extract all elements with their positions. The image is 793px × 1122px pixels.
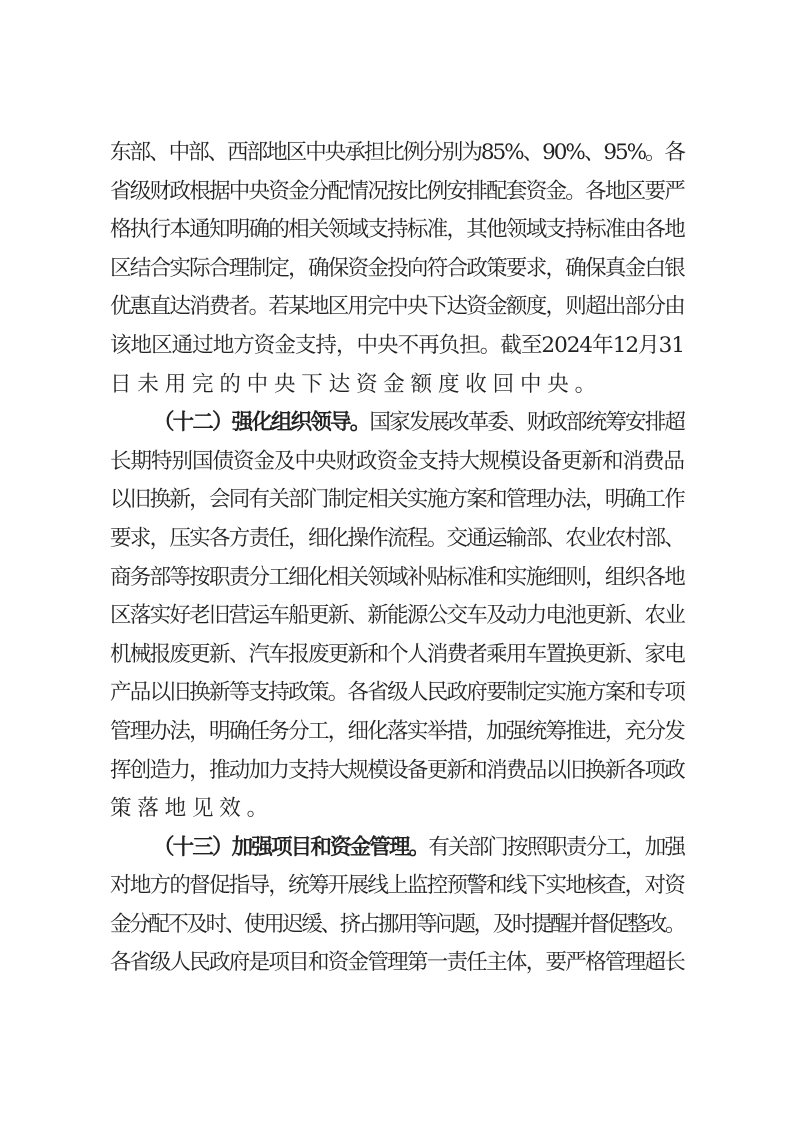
paragraph-section-12: （十二）强化组织领导。国家发展改革委、财政部统筹安排超 长期特别国债资金及中央财… bbox=[110, 404, 684, 829]
text-line: （十二）强化组织领导。国家发展改革委、财政部统筹安排超 bbox=[110, 404, 684, 443]
text-line: 该地区通过地方资金支持，中央不再负担。截至2024年12月31 bbox=[110, 327, 684, 366]
text-line: 优惠直达消费者。若某地区用完中央下达资金额度，则超出部分由 bbox=[110, 288, 684, 327]
paragraph-section-13: （十三）加强项目和资金管理。有关部门按照职责分工，加强 对地方的督促指导，统筹开… bbox=[110, 829, 684, 983]
text-line: 挥创造力，推动加力支持大规模设备更新和消费品以旧换新各项政 bbox=[110, 752, 684, 791]
text-line: 管理办法，明确任务分工，细化落实举措，加强统筹推进，充分发 bbox=[110, 713, 684, 752]
text-line: 商务部等按职责分工细化相关领域补贴标准和实施细则，组织各地 bbox=[110, 559, 684, 598]
text-line: 区结合实际合理制定，确保资金投向符合政策要求，确保真金白银 bbox=[110, 250, 684, 289]
text-line: 东部、中部、西部地区中央承担比例分别为85%、90%、95%。各 bbox=[110, 134, 684, 173]
text-line: 机械报废更新、汽车报废更新和个人消费者乘用车置换更新、家电 bbox=[110, 636, 684, 675]
text-line: 省级财政根据中央资金分配情况按比例安排配套资金。各地区要严 bbox=[110, 173, 684, 212]
document-page: 东部、中部、西部地区中央承担比例分别为85%、90%、95%。各 省级财政根据中… bbox=[110, 134, 684, 983]
text-line: 日未用完的中央下达资金额度收回中央。 bbox=[110, 366, 684, 405]
text-fragment: 国家发展改革委、财政部统筹安排超 bbox=[369, 410, 684, 435]
text-fragment: 有关部门按照职责分工，加强 bbox=[428, 835, 684, 860]
text-line: 格执行本通知明确的相关领域支持标准，其他领域支持标准由各地 bbox=[110, 211, 684, 250]
text-line: 对地方的督促指导，统筹开展线上监控预警和线下实地核查，对资 bbox=[110, 867, 684, 906]
section-heading-13: （十三）加强项目和资金管理。 bbox=[153, 835, 428, 860]
text-line: （十三）加强项目和资金管理。有关部门按照职责分工，加强 bbox=[110, 829, 684, 868]
text-line: 长期特别国债资金及中央财政资金支持大规模设备更新和消费品 bbox=[110, 443, 684, 482]
paragraph-funding-ratio: 东部、中部、西部地区中央承担比例分别为85%、90%、95%。各 省级财政根据中… bbox=[110, 134, 684, 404]
text-line: 以旧换新，会同有关部门制定相关实施方案和管理办法，明确工作 bbox=[110, 481, 684, 520]
text-line: 区落实好老旧营运车船更新、新能源公交车及动力电池更新、农业 bbox=[110, 597, 684, 636]
section-heading-12: （十二）强化组织领导。 bbox=[153, 410, 369, 435]
text-line: 策落地见效。 bbox=[110, 790, 684, 829]
text-line: 金分配不及时、使用迟缓、挤占挪用等问题，及时提醒并督促整改。 bbox=[110, 906, 684, 945]
text-line: 产品以旧换新等支持政策。各省级人民政府要制定实施方案和专项 bbox=[110, 674, 684, 713]
text-line: 各省级人民政府是项目和资金管理第一责任主体，要严格管理超长 bbox=[110, 944, 684, 983]
text-line: 要求，压实各方责任，细化操作流程。交通运输部、农业农村部、 bbox=[110, 520, 684, 559]
